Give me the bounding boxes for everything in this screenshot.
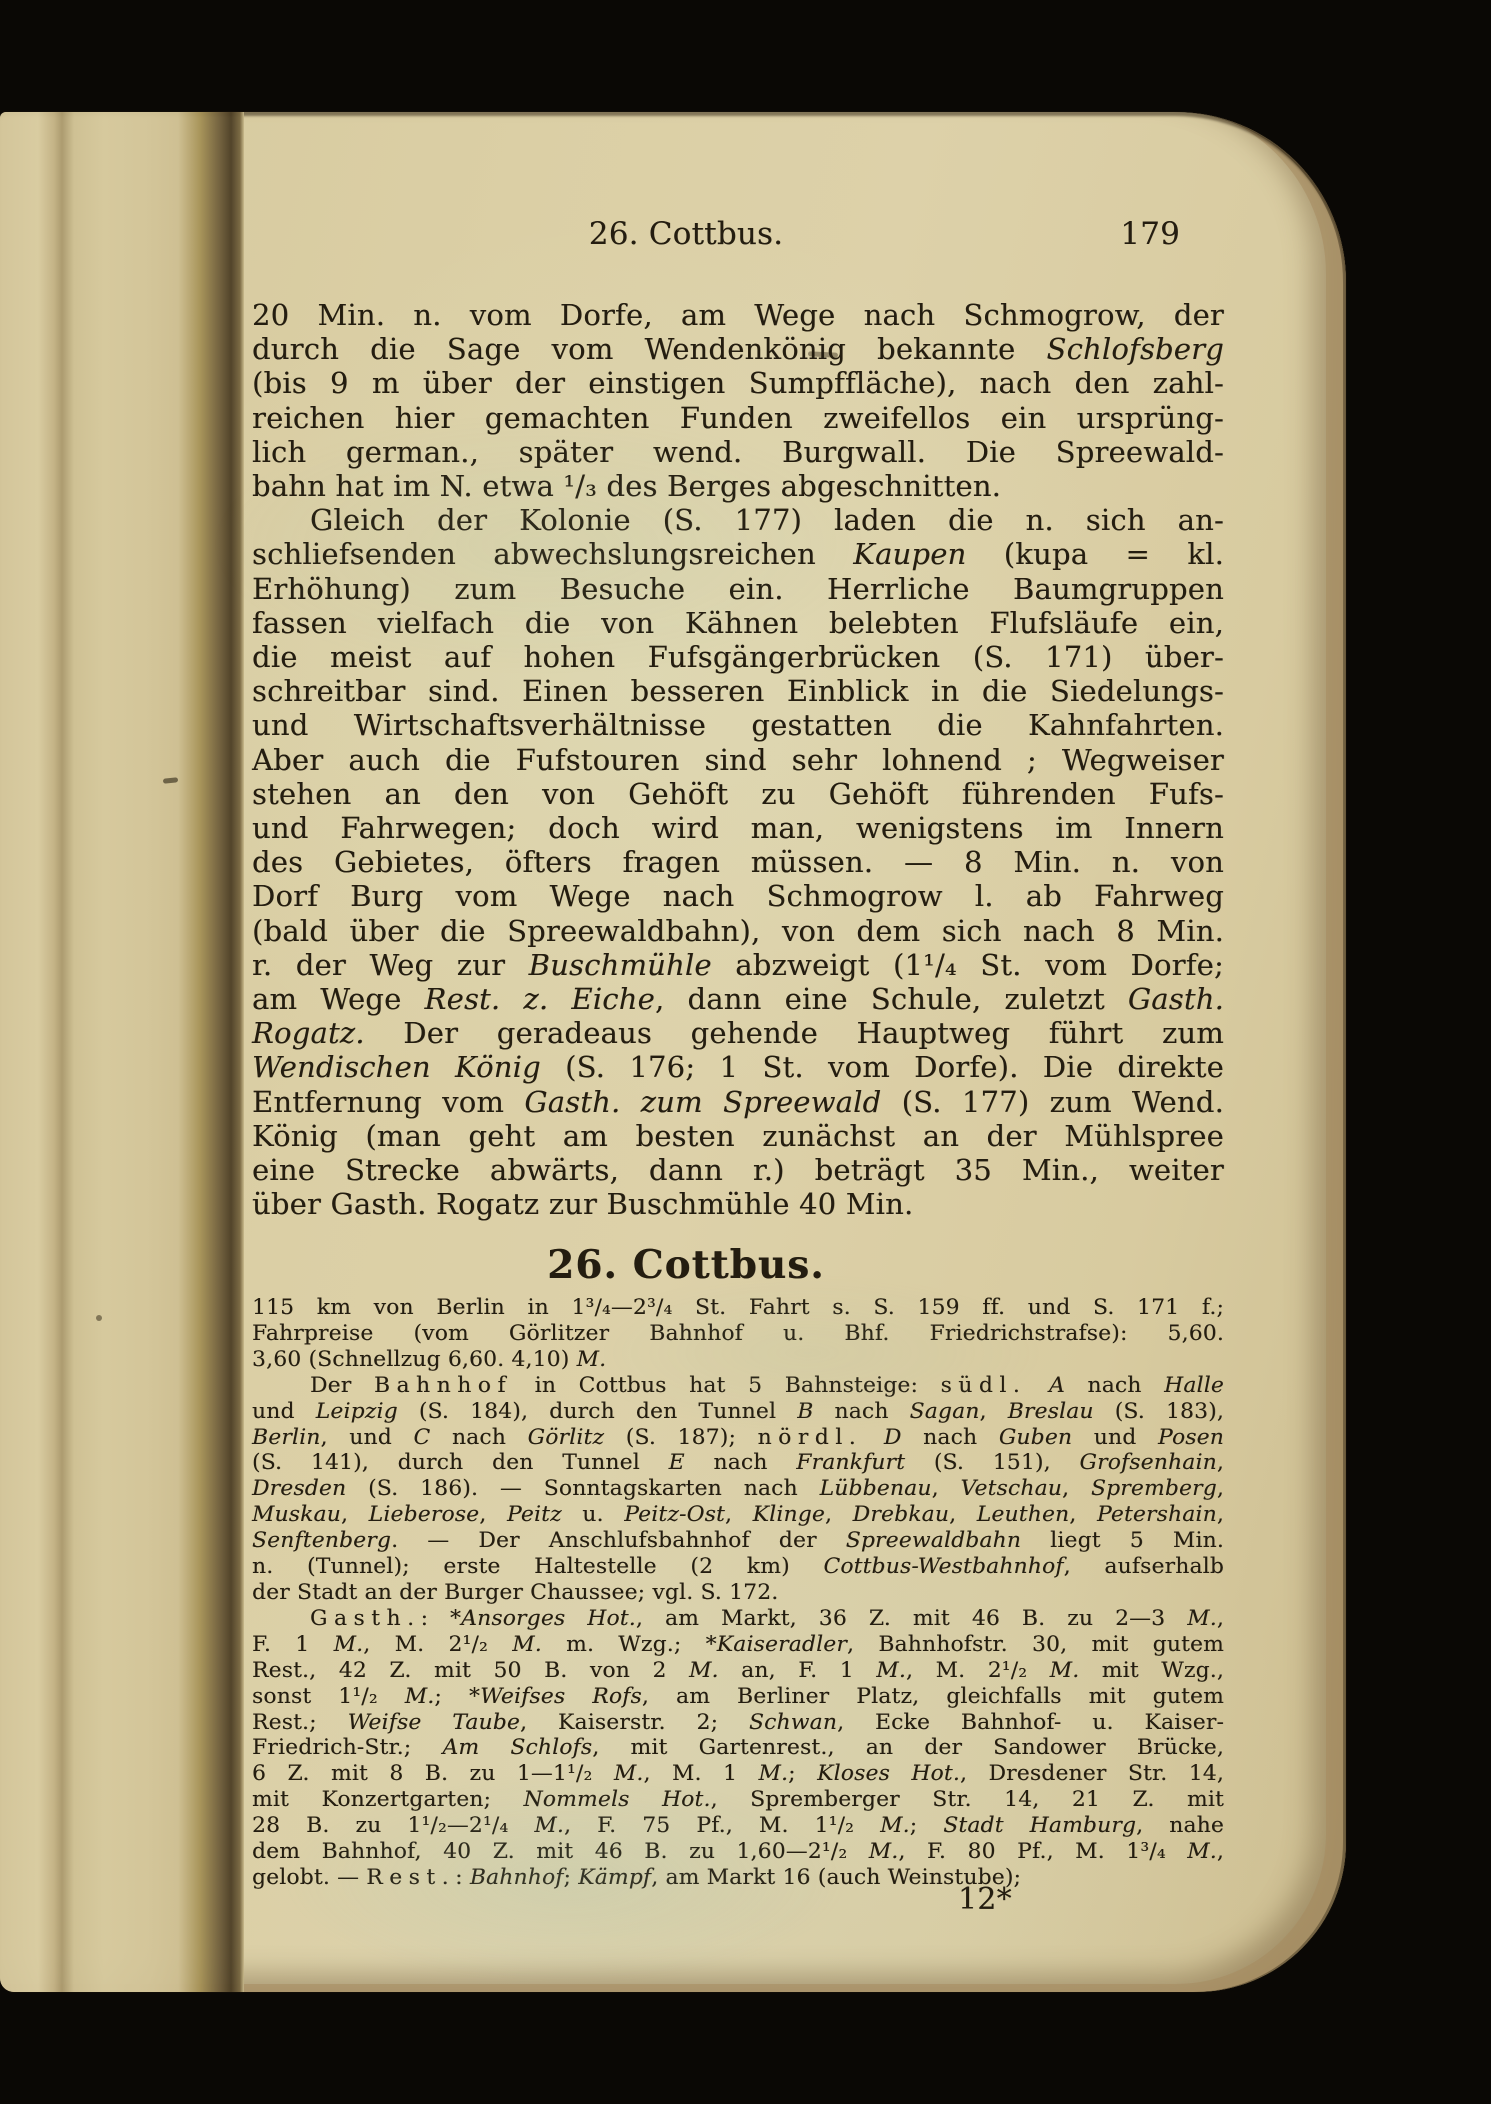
book-page: 26. Cottbus. 179 20 Min. n. vom Dorfe, a… [0,112,1346,1992]
text: , Dresdener Str. 14, [960,1761,1224,1786]
italic-text: D [884,1425,902,1450]
text: Dorf Burg vom Wege nach Schmogrow l. ab … [252,879,1224,913]
letterspaced-text: südl. [941,1373,1027,1398]
text: nach [902,1425,999,1450]
text: nach [1065,1373,1164,1398]
text-column: 26. Cottbus. 179 20 Min. n. vom Dorfe, a… [252,112,1224,1992]
italic-text: M. [1050,1658,1080,1683]
text: u. [562,1502,624,1527]
italic-text: A [1049,1373,1065,1398]
text-line: und Fahrwegen; doch wird man, wenigstens… [252,811,1224,845]
italic-text: Kaiseradler [717,1632,847,1657]
text: . — Der Anschlufsbahnhof der [391,1528,846,1553]
text-line: Dorf Burg vom Wege nach Schmogrow l. ab … [252,879,1224,913]
text: (S. 141), durch den Tunnel [252,1450,669,1475]
italic-text: Buschmühle [529,948,712,982]
italic-text: Lübbenau [820,1476,932,1501]
text-line: des Gebietes, öfters fragen müssen. — 8 … [252,845,1224,879]
text: (bis 9 m über der einstigen Sumpffläche)… [252,366,1224,400]
italic-text: Leipzig [316,1399,398,1424]
text-line: bahn hat im N. etwa ¹/₃ des Berges abges… [252,469,1224,503]
italic-text: Ansorges Hot. [461,1606,636,1631]
text: , am Berliner Platz, gleichfalls mit gut… [642,1684,1224,1709]
italic-text: Vetschau [961,1476,1062,1501]
text-line: Erhöhung) zum Besuche ein. Herrliche Bau… [252,572,1224,606]
text: , Kaiserstr. 2; [520,1710,749,1735]
text: , Ecke Bahnhof- u. Kaiser- [837,1710,1224,1735]
text: , am Markt, 36 Z. mit 46 B. zu 2—3 [636,1606,1187,1631]
text: m. Wzg.; * [542,1632,717,1657]
text-line: König (man geht am besten zunächst an de… [252,1119,1224,1153]
italic-text: M. [759,1761,789,1786]
text-line: die meist auf hohen Fufsgängerbrücken (S… [252,640,1224,674]
scan-speck [96,1315,102,1321]
text: 6 Z. mit 8 B. zu 1—1¹/₂ [252,1761,614,1786]
text: , aufserhalb [1064,1554,1224,1579]
text-line: 3,60 (Schnellzug 6,60. 4,10) M. [252,1347,1224,1373]
text: dem Bahnhof, 40 Z. mit 46 B. zu 1,60—2¹/… [252,1839,869,1864]
text: Der [310,1373,374,1398]
text: : [455,1865,470,1890]
paragraph: Gasth.: *Ansorges Hot., am Markt, 36 Z. … [252,1606,1224,1891]
text: Entfernung vom [252,1085,524,1119]
text: 20 Min. n. vom Dorfe, am Wege nach Schmo… [252,298,1224,332]
italic-text: Schlofsberg [1047,332,1225,366]
text: , und [321,1425,414,1450]
text-line: 115 km von Berlin in 1³/₄—2³/₄ St. Fahrt… [252,1295,1224,1321]
text-line: mit Konzertgarten; Nommels Hot., Sprembe… [252,1787,1224,1813]
text: Rest., 42 Z. mit 50 B. von 2 [252,1658,689,1683]
italic-text: Senftenberg [252,1528,391,1553]
letterspaced-text: Bahnhof [374,1373,512,1398]
small-print-notes: 115 km von Berlin in 1³/₄—2³/₄ St. Fahrt… [252,1295,1224,1891]
italic-text: Weifses Rofs [480,1684,642,1709]
text-line: durch die Sage vom Wendenkönig bekannte … [252,332,1224,366]
italic-text: M. [614,1761,644,1786]
text: mit Konzertgarten; [252,1787,524,1812]
text: schreitbar sind. Einen besseren Einblick… [252,674,1224,708]
text: : * [421,1606,462,1631]
text: stehen an den von Gehöft zu Gehöft führe… [252,777,1224,811]
text-line: r. der Weg zur Buschmühle abzweigt (1¹/₄… [252,948,1224,982]
text-line: schliefsenden abwechslungsreichen Kaupen… [252,537,1224,571]
italic-text: Drebkau [853,1502,949,1527]
text: gelobt. — [252,1865,366,1890]
text: , [1062,1476,1091,1501]
text: , [1069,1502,1097,1527]
italic-text: M. [869,1839,899,1864]
italic-text: Klinge [753,1502,825,1527]
text: fassen vielfach die von Kähnen belebten … [252,606,1224,640]
text: , [479,1502,507,1527]
italic-text: Spreewaldbahn [846,1528,1021,1553]
text-line: Gleich der Kolonie (S. 177) laden die n.… [252,503,1224,537]
italic-text: M. [1187,1606,1217,1631]
text: , [949,1502,977,1527]
text: , M. 1 [643,1761,758,1786]
paragraph: 115 km von Berlin in 1³/₄—2³/₄ St. Fahrt… [252,1295,1224,1373]
italic-text: Bahnhof [470,1865,564,1890]
text-line: stehen an den von Gehöft zu Gehöft führe… [252,777,1224,811]
text: ; [910,1813,944,1838]
text [1026,1373,1049,1398]
text: 3,60 (Schnellzug 6,60. 4,10) [252,1347,577,1372]
italic-text: M. [405,1684,435,1709]
italic-text: B [797,1399,813,1424]
italic-text: Weifse Taube [348,1710,520,1735]
italic-text: Gasth. [1128,982,1224,1016]
text: , [341,1502,369,1527]
text: , mit Gartenrest., an der Sandower Brück… [592,1735,1224,1760]
text-line: n. (Tunnel); erste Haltestelle (2 km) Co… [252,1554,1224,1580]
italic-text: Rest. z. Eiche [425,982,655,1016]
text-line: schreitbar sind. Einen besseren Einblick… [252,674,1224,708]
text-line: Dresden (S. 186). — Sonntagskarten nach … [252,1476,1224,1502]
paragraph: Gleich der Kolonie (S. 177) laden die n.… [252,503,1224,1221]
italic-text: Wendischen König [252,1050,541,1084]
text: (S. 177) zum Wend. [881,1085,1224,1119]
text: , [1217,1502,1224,1527]
italic-text: M. [534,1813,564,1838]
italic-text: M. [876,1658,906,1683]
text: schliefsenden abwechslungsreichen [252,537,853,571]
signature-mark: 12* [958,1882,1012,1917]
italic-text: Schwan [749,1710,837,1735]
text: , M. 2¹/₂ [906,1658,1050,1683]
letterspaced-text: Rest. [366,1865,455,1890]
text-line: 20 Min. n. vom Dorfe, am Wege nach Schmo… [252,298,1224,332]
text: (S. 176; 1 St. vom Dorfe). Die direkte [541,1050,1224,1084]
text: (S. 184), durch den Tunnel [398,1399,797,1424]
text-line: Rest., 42 Z. mit 50 B. von 2 M. an, F. 1… [252,1658,1224,1684]
text: Gleich der Kolonie (S. 177) laden die n.… [310,503,1224,537]
text [862,1425,884,1450]
text-line: und Leipzig (S. 184), durch den Tunnel B… [252,1399,1224,1425]
text: (S. 151), [905,1450,1079,1475]
text-line: und Wirtschaftsverhältnisse gestatten di… [252,708,1224,742]
text-line: (bald über die Spreewaldbahn), von dem s… [252,914,1224,948]
letterspaced-text: nördl. [758,1425,863,1450]
text: , [980,1399,1008,1424]
text-line: Wendischen König (S. 176; 1 St. vom Dorf… [252,1050,1224,1084]
section-heading: 26. Cottbus. [200,1242,1172,1288]
italic-text: Rogatz. [252,1016,365,1050]
text: (bald über die Spreewaldbahn), von dem s… [252,914,1224,948]
text: eine Strecke abwärts, dann r.) beträgt 3… [252,1153,1224,1187]
text: , [1217,1606,1224,1631]
text-line: Rest.; Weifse Taube, Kaiserstr. 2; Schwa… [252,1710,1224,1736]
text-line: der Stadt an der Burger Chaussee; vgl. S… [252,1580,1224,1606]
italic-text: Peitz [507,1502,562,1527]
text: (S. 186). — Sonntagskarten nach [346,1476,819,1501]
italic-text: M. [1187,1839,1217,1864]
text: lich german., später wend. Burgwall. Die… [252,435,1224,469]
text: bahn hat im N. etwa ¹/₃ des Berges abges… [252,469,1001,503]
text: (kupa = kl. [966,537,1224,571]
text-line: 28 B. zu 1¹/₂—2¹/₄ M., F. 75 Pf., M. 1¹/… [252,1813,1224,1839]
italic-text: Am Schlofs [442,1735,592,1760]
text: , [825,1502,853,1527]
page-number: 179 [1120,216,1180,252]
text: Friedrich-Str.; [252,1735,442,1760]
italic-text: M. [577,1347,607,1372]
italic-text: C [413,1425,430,1450]
text-line: lich german., später wend. Burgwall. Die… [252,435,1224,469]
text: , M. 2¹/₂ [363,1632,512,1657]
text: , dann eine Schule, zuletzt [655,982,1128,1016]
paragraph: Der Bahnhof in Cottbus hat 5 Bahnsteige:… [252,1373,1224,1606]
italic-text: Berlin [252,1425,321,1450]
italic-text: Nommels Hot. [524,1787,711,1812]
italic-text: Leuthen [977,1502,1070,1527]
text: die meist auf hohen Fufsgängerbrücken (S… [252,640,1224,674]
text: in Cottbus hat 5 Bahnsteige: [512,1373,941,1398]
text-line: (S. 141), durch den Tunnel E nach Frankf… [252,1450,1224,1476]
italic-text: M. [880,1813,910,1838]
text: , [1217,1839,1224,1864]
text: 28 B. zu 1¹/₂—2¹/₄ [252,1813,534,1838]
text-line: 6 Z. mit 8 B. zu 1—1¹/₂ M., M. 1 M.; Klo… [252,1761,1224,1787]
text: König (man geht am besten zunächst an de… [252,1119,1224,1153]
text: nach [685,1450,797,1475]
italic-text: Dresden [252,1476,346,1501]
text-line: F. 1 M., M. 2¹/₂ M. m. Wzg.; *Kaiseradle… [252,1632,1224,1658]
text: nach [813,1399,909,1424]
body-text: 20 Min. n. vom Dorfe, am Wege nach Schmo… [252,298,1224,1221]
italic-text: M. [512,1632,542,1657]
text: , F. 80 Pf., M. 1³/₄ [898,1839,1187,1864]
text: Fahrpreise (vom Görlitzer Bahnhof u. Bhf… [252,1321,1224,1346]
book-gutter-edge [0,112,244,1992]
text: (S. 187); [604,1425,757,1450]
text-line: Aber auch die Fufstouren sind sehr lohne… [252,743,1224,777]
text: n. (Tunnel); erste Haltestelle (2 km) [252,1554,823,1579]
text: und [1072,1425,1158,1450]
text: , [932,1476,961,1501]
text-line: Rogatz. Der geradeaus gehende Hauptweg f… [252,1016,1224,1050]
text: Der geradeaus gehende Hauptweg führt zum [365,1016,1224,1050]
text: , Spremberger Str. 14, 21 Z. mit [711,1787,1224,1812]
text: liegt 5 Min. [1021,1528,1224,1553]
text: (S. 183), [1094,1399,1224,1424]
text: Erhöhung) zum Besuche ein. Herrliche Bau… [252,572,1224,606]
text: reichen hier gemachten Funden zweifellos… [252,401,1224,435]
italic-text: Cottbus-Westbahnhof [823,1554,1063,1579]
text-line: am Wege Rest. z. Eiche, dann eine Schule… [252,982,1224,1016]
running-head-title: 26. Cottbus. [589,216,783,252]
text: , F. 75 Pf., M. 1¹/₂ [564,1813,880,1838]
italic-text: Petershain [1097,1502,1217,1527]
text: Aber auch die Fufstouren sind sehr lohne… [252,743,1224,777]
italic-text: Halle [1164,1373,1224,1398]
text-line: gelobt. — Rest.: Bahnhof; Kämpf, am Mark… [252,1865,1224,1891]
text: nach [430,1425,527,1450]
text: am Wege [252,982,425,1016]
text: abzweigt (1¹/₄ St. vom Dorfe; [712,948,1224,982]
text-line: Der Bahnhof in Cottbus hat 5 Bahnsteige:… [252,1373,1224,1399]
text-line: Gasth.: *Ansorges Hot., am Markt, 36 Z. … [252,1606,1224,1632]
text: an, F. 1 [719,1658,877,1683]
italic-text: Posen [1158,1425,1224,1450]
italic-text: Guben [999,1425,1072,1450]
italic-text: Gasth. zum Spreewald [524,1085,881,1119]
text-line: Senftenberg. — Der Anschlufsbahnhof der … [252,1528,1224,1554]
text: und Wirtschaftsverhältnisse gestatten di… [252,708,1224,742]
text: sonst 1¹/₂ [252,1684,405,1709]
text: des Gebietes, öfters fragen müssen. — 8 … [252,845,1224,879]
italic-text: Peitz-Ost [624,1502,725,1527]
text: r. der Weg zur [252,948,529,982]
text-line: dem Bahnhof, 40 Z. mit 46 B. zu 1,60—2¹/… [252,1839,1224,1865]
italic-text: Görlitz [528,1425,605,1450]
italic-text: Spremberg [1091,1476,1217,1501]
text-line: sonst 1¹/₂ M.; *Weifses Rofs, am Berline… [252,1684,1224,1710]
text: ; [564,1865,579,1890]
italic-text: Muskau [252,1502,341,1527]
text: und Fahrwegen; doch wird man, wenigstens… [252,811,1224,845]
text: und [252,1399,316,1424]
italic-text: Frankfurt [796,1450,905,1475]
text: ; [788,1761,817,1786]
italic-text: Breslau [1008,1399,1094,1424]
italic-text: Kloses Hot. [817,1761,960,1786]
text: , nahe [1136,1813,1224,1838]
text: der Stadt an der Burger Chaussee; vgl. S… [252,1580,778,1605]
text-line: Friedrich-Str.; Am Schlofs, mit Gartenre… [252,1735,1224,1761]
paragraph: 20 Min. n. vom Dorfe, am Wege nach Schmo… [252,298,1224,503]
text: ; * [434,1684,480,1709]
text-line: reichen hier gemachten Funden zweifellos… [252,401,1224,435]
text: , [725,1502,753,1527]
text-line: Fahrpreise (vom Görlitzer Bahnhof u. Bhf… [252,1321,1224,1347]
text: 115 km von Berlin in 1³/₄—2³/₄ St. Fahrt… [252,1295,1224,1320]
text: , [1217,1450,1224,1475]
text: , Bahnhofstr. 30, mit gutem [847,1632,1224,1657]
letterspaced-text: Gasth. [310,1606,421,1631]
text: über Gasth. Rogatz zur Buschmühle 40 Min… [252,1187,913,1221]
italic-text: M. [689,1658,719,1683]
italic-text: Lieberose [369,1502,480,1527]
text: Rest.; [252,1710,348,1735]
text-line: fassen vielfach die von Kähnen belebten … [252,606,1224,640]
text: F. 1 [252,1632,334,1657]
italic-text: E [669,1450,685,1475]
text-line: (bis 9 m über der einstigen Sumpffläche)… [252,366,1224,400]
text: mit Wzg., [1079,1658,1224,1683]
italic-text: Sagan [910,1399,980,1424]
italic-text: Grofsenhain [1079,1450,1216,1475]
italic-text: Kaupen [853,537,966,571]
italic-text: M. [334,1632,364,1657]
text-line: Muskau, Lieberose, Peitz u. Peitz-Ost, K… [252,1502,1224,1528]
italic-text: Stadt Hamburg [943,1813,1136,1838]
running-head: 26. Cottbus. 179 [252,216,1224,258]
text-line: über Gasth. Rogatz zur Buschmühle 40 Min… [252,1187,1224,1221]
text: , [1217,1476,1224,1501]
scanned-page-background: 26. Cottbus. 179 20 Min. n. vom Dorfe, a… [0,0,1491,2104]
text: durch die Sage vom Wendenkönig bekannte [252,332,1047,366]
text-line: Entfernung vom Gasth. zum Spreewald (S. … [252,1085,1224,1119]
text-line: Berlin, und C nach Görlitz (S. 187); nör… [252,1425,1224,1451]
text-line: eine Strecke abwärts, dann r.) beträgt 3… [252,1153,1224,1187]
italic-text: Kämpf [578,1865,651,1890]
